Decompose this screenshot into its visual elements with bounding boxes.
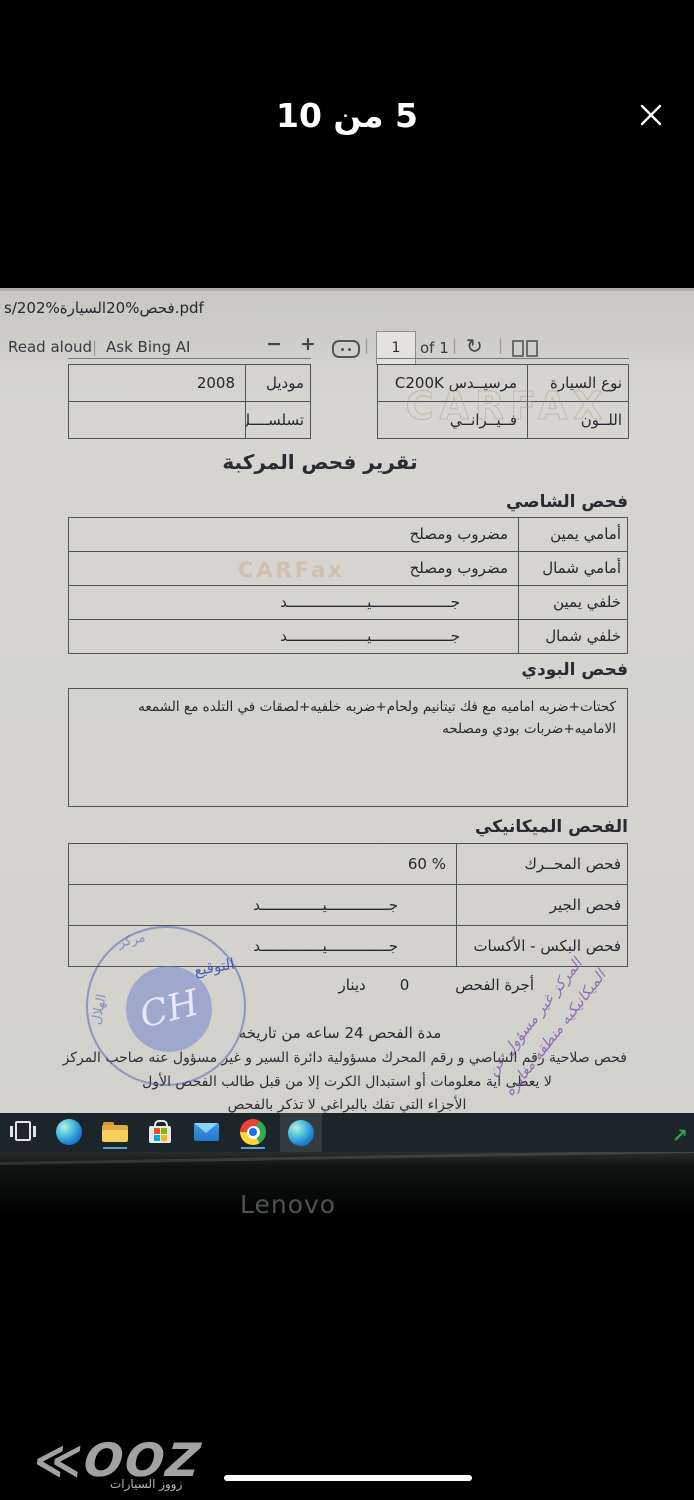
table-row: خلفي شمال جــــــــــــــــــيــــــــــ… (69, 619, 627, 653)
fee-label: أجرة الفحص (455, 976, 534, 994)
mech-row-value: 60 % (69, 844, 456, 884)
page-count-label: of 1 (420, 339, 449, 357)
carfax-watermark: CARFAX (383, 384, 631, 428)
zooz-caption: زووز السيارات (110, 1477, 182, 1491)
toolbar-divider: | (498, 336, 503, 354)
table-row: موديل 2008 (69, 365, 310, 401)
microsoft-store-icon[interactable] (149, 1120, 171, 1144)
open-app-underline (241, 1147, 265, 1149)
laptop-brand-logo: Lenovo (240, 1190, 336, 1215)
chassis-heading: فحص الشاصي (506, 492, 628, 512)
edge-icon[interactable] (56, 1119, 82, 1145)
green-arrow-icon: ↗ (672, 1125, 688, 1147)
vehicle-model-table: موديل 2008 تسلســــل (68, 364, 311, 439)
mechanical-heading: الفحص الميكانيكي (475, 817, 628, 837)
body-heading: فحص البودي (521, 660, 628, 680)
read-aloud-button[interactable]: Read aloud (8, 338, 92, 356)
serial-value (69, 402, 245, 438)
mech-row-value: جــــــــــــــيــــــــــــــد (69, 885, 408, 925)
zoom-in-button[interactable]: + (300, 333, 316, 355)
chrome-icon[interactable] (240, 1119, 266, 1145)
toolbar-divider: | (452, 336, 457, 354)
fee-amount: 0 (400, 976, 410, 994)
edge-active-taskbar-button[interactable] (280, 1113, 322, 1154)
open-app-underline (103, 1147, 127, 1149)
report-title: تقرير فحص المركبة (60, 450, 580, 474)
body-notes-box: كحتات+ضربه اماميه مع فك تيتانيم ولحام+ضر… (68, 688, 628, 807)
mail-icon[interactable] (194, 1123, 219, 1141)
chassis-row-value: مضروب ومصلح (69, 518, 518, 551)
chassis-table: أمامي يمين مضروب ومصلح أمامي شمال مضروب … (68, 517, 628, 654)
note-line: الأجزاء التي تفك بالبراغي لا تذكر بالفحص (67, 1097, 627, 1113)
zoom-out-button[interactable]: − (266, 333, 282, 355)
edge-icon (288, 1120, 314, 1146)
stamp-monogram: CH (135, 982, 202, 1036)
close-icon (634, 98, 668, 132)
table-row: أمامي يمين مضروب ومصلح (69, 518, 627, 551)
chassis-row-value: جــــــــــــــــــيــــــــــــــــــد (69, 586, 470, 619)
page-view-icon[interactable] (512, 340, 538, 357)
stamp-inner-circle: CH (126, 966, 212, 1052)
chassis-row-value: مضروب ومصلح (69, 552, 518, 585)
pdf-filename: s/202%فحص%20السيارة.pdf (4, 299, 664, 317)
table-row: تسلســــل (69, 401, 310, 438)
chassis-row-label: أمامي شمال (518, 552, 627, 585)
model-label: موديل (245, 365, 310, 401)
table-row: فحص الجير جــــــــــــــيــــــــــــــ… (69, 884, 627, 925)
rotate-icon[interactable]: ↻ (466, 334, 483, 358)
photo-counter: 5 من 10 (0, 96, 694, 135)
file-explorer-icon[interactable] (102, 1122, 128, 1142)
mech-row-label: فحص المحــرك (456, 844, 627, 884)
fit-width-icon[interactable] (332, 340, 360, 358)
chassis-row-label: خلفي شمال (518, 620, 627, 653)
table-row: فحص المحــرك 60 % (69, 844, 627, 884)
toolbar-divider: | (364, 336, 369, 354)
chassis-row-value: جــــــــــــــــــيــــــــــــــــــد (69, 620, 470, 653)
model-value: 2008 (69, 365, 245, 401)
table-row: أمامي شمال مضروب ومصلح (69, 551, 627, 585)
home-indicator[interactable] (224, 1475, 472, 1481)
serial-label: تسلســــل (245, 402, 310, 438)
fee-currency: دينار (339, 976, 366, 994)
laptop-bezel: Lenovo (0, 1152, 694, 1215)
ask-bing-button[interactable]: Ask Bing AI (106, 338, 190, 356)
table-row: خلفي يمين جــــــــــــــــــيــــــــــ… (69, 585, 627, 619)
toolbar-divider: | (92, 338, 97, 356)
close-button[interactable] (634, 98, 668, 132)
chassis-row-label: خلفي يمين (518, 586, 627, 619)
task-view-icon[interactable] (10, 1122, 36, 1140)
bezel-reflection (0, 1152, 694, 1165)
chassis-row-label: أمامي يمين (518, 518, 627, 551)
fee-row: أجرة الفحص 0 دينار (339, 976, 534, 994)
